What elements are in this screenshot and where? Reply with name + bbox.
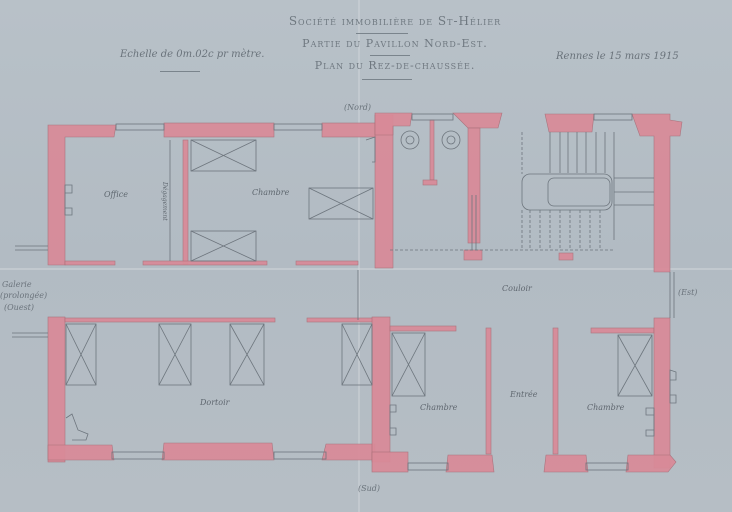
room-label-bedroom-north: Chambre <box>252 188 289 197</box>
fireplace <box>670 370 676 403</box>
north-walls <box>48 113 682 272</box>
floor-plan <box>0 0 732 512</box>
fireplace <box>65 185 72 215</box>
room-label-office: Office <box>104 190 128 199</box>
room-label-entrance: Entrée <box>510 390 538 399</box>
wc-fixture <box>401 131 419 149</box>
room-label-bedroom-sw: Chambre <box>420 403 457 412</box>
room-label-corridor: Couloir <box>502 284 532 293</box>
door-swing <box>366 137 375 162</box>
wc-fixture <box>442 131 460 149</box>
south-walls <box>48 317 676 472</box>
room-label-dormitory: Dortoir <box>200 398 229 407</box>
fireplace <box>646 408 654 436</box>
staircase <box>390 132 654 250</box>
south-windows <box>12 270 674 470</box>
room-label-bedroom-se: Chambre <box>587 403 624 412</box>
room-label-dressing: Dégagement <box>161 182 168 221</box>
door-swing <box>66 414 88 440</box>
north-beds <box>170 140 373 261</box>
fireplace <box>390 405 396 435</box>
south-beds <box>66 324 652 396</box>
